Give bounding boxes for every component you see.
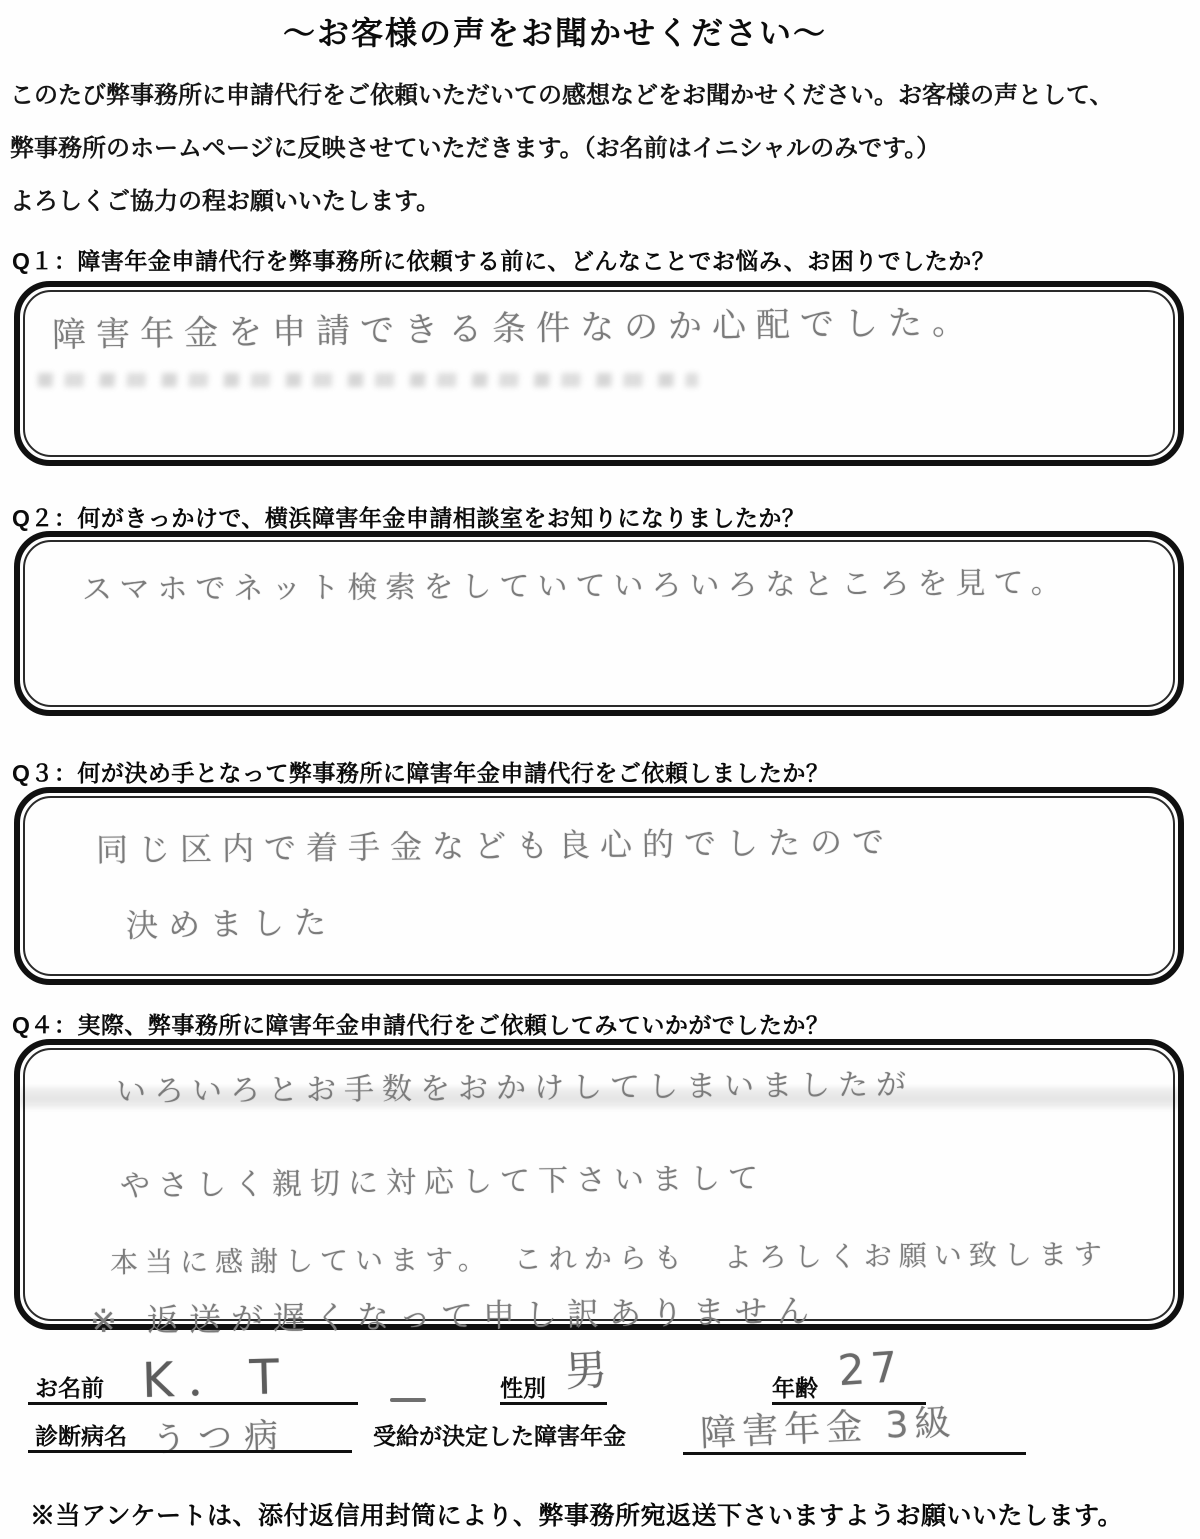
pension-label: 受給が決定した障害年金 (373, 1418, 626, 1451)
question-2-label: Q２：何がきっかけで、横浜障害年金申請相談室をお知りになりましたか？ (12, 500, 805, 533)
scanned-survey-page: ～お客様の声をお聞かせください～ このたび弊事務所に申請代行をご依頼いただいての… (0, 0, 1200, 1539)
question-4-answer-handwriting-line-1: いろいろとお手数をおかけしてしまいましたが (116, 1060, 914, 1111)
pension-underline (683, 1452, 1026, 1455)
diagnosis-underline (28, 1450, 352, 1453)
intro-line-3: よろしくご協力の程お願いいたします。 (10, 176, 1170, 229)
age-value-handwriting: 27 (836, 1342, 905, 1395)
gender-value-handwriting: 男 (563, 1337, 608, 1399)
question-3-label: Q３：何が決め手となって弊事務所に障害年金申請代行をご依頼しましたか？ (12, 755, 829, 788)
diagnosis-label: 診断病名 (35, 1418, 127, 1451)
question-3-answer-handwriting-line-2: 決めました (126, 897, 337, 947)
question-4-answer-box: いろいろとお手数をおかけしてしまいましたが やさしく親切に対応して下さいまして … (14, 1039, 1184, 1330)
gender-label: 性別 (500, 1370, 546, 1403)
ghost-showthrough-text (38, 373, 698, 387)
intro-line-2: 弊事務所のホームページに反映させていただきます。（お名前はイニシャルのみです。） (10, 123, 1170, 176)
extra-pen-stroke (390, 1398, 426, 1402)
question-1-label: Q１：障害年金申請代行を弊事務所に依頼する前に、どんなことでお悩み、お困りでした… (12, 243, 995, 276)
question-4-answer-handwriting-line-2: やさしく親切に対応して下さいまして (120, 1153, 766, 1205)
question-3-answer-handwriting-line-1: 同じ区内で着手金なども良心的でしたので (96, 817, 894, 871)
question-3-answer-box: 同じ区内で着手金なども良心的でしたので 決めました (14, 787, 1184, 985)
form-title: ～お客様の声をお聞かせください～ (0, 8, 1110, 54)
name-underline (28, 1402, 358, 1405)
gender-underline (500, 1402, 607, 1405)
intro-paragraph: このたび弊事務所に申請代行をご依頼いただいての感想などをお聞かせください。お客様… (10, 70, 1170, 229)
pension-value-handwriting: 障害年金 3級 (699, 1394, 957, 1456)
question-1-answer-box: 障害年金を申請できる条件なのか心配でした。 (14, 281, 1184, 466)
age-label: 年齢 (772, 1370, 818, 1403)
name-value-handwriting: K．T (141, 1338, 294, 1411)
footer-note: ※当アンケートは、添付返信用封筒により、弊事務所宛返送下さいますようお願いいたし… (30, 1496, 1180, 1532)
name-label: お名前 (35, 1370, 104, 1403)
intro-line-1: このたび弊事務所に申請代行をご依頼いただいての感想などをお聞かせください。お客様… (10, 70, 1170, 123)
question-4-label: Q４：実際、弊事務所に障害年金申請代行をご依頼してみていかがでしたか？ (12, 1007, 829, 1040)
question-2-answer-box: スマホでネット検索をしていていろいろなところを見て。 (14, 531, 1184, 716)
question-2-answer-handwriting: スマホでネット検索をしていていろいろなところを見て。 (82, 558, 1069, 609)
question-4-answer-handwriting-line-4: ※ 返送が遅くなって申し訳ありません (90, 1286, 820, 1342)
diagnosis-value-handwriting: うつ病 (151, 1408, 291, 1462)
